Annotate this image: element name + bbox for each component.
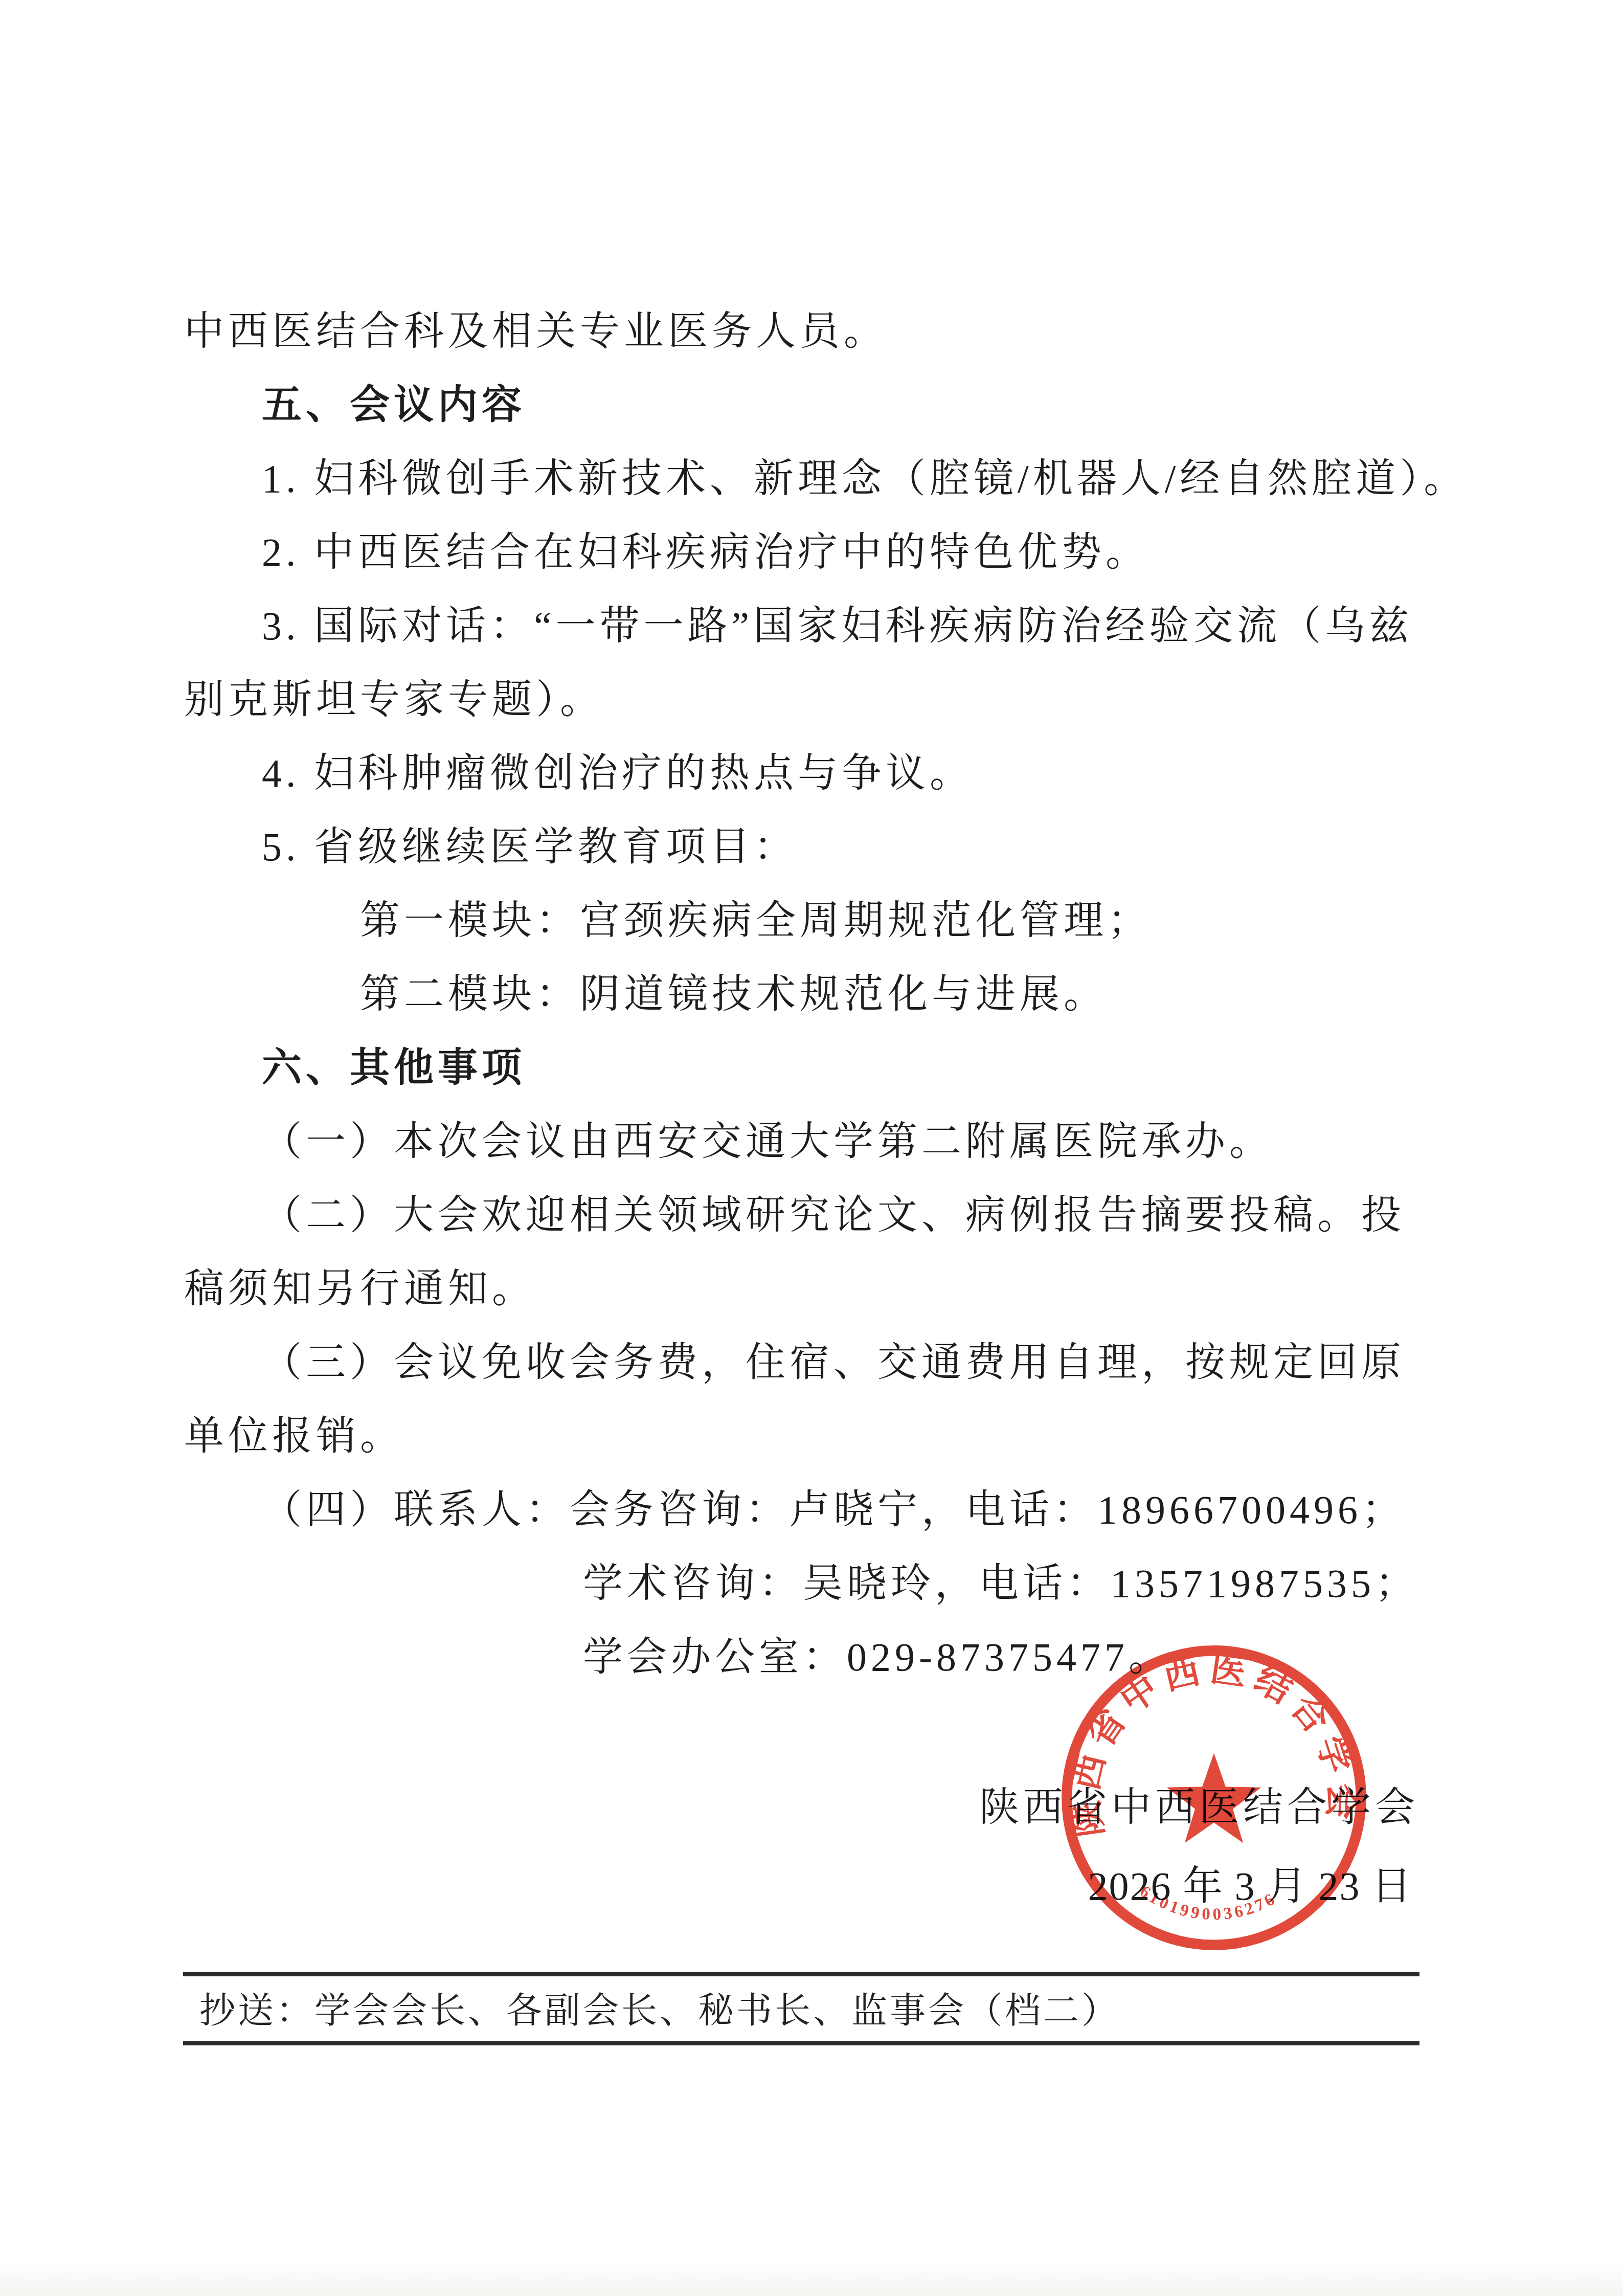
document-line: 1. 妇科微创手术新技术、新理念（腔镜/机器人/经自然腔道）。 — [184, 442, 1447, 516]
document-page: 中西医结合科及相关专业医务人员。五、会议内容1. 妇科微创手术新技术、新理念（腔… — [0, 0, 1623, 2296]
document-line: 第二模块：阴道镜技术规范化与进展。 — [184, 957, 1447, 1031]
footer-rule-bottom — [183, 2041, 1419, 2045]
scan-artifact-tint — [0, 2260, 1623, 2296]
document-line: 稿须知另行通知。 — [184, 1252, 1447, 1326]
document-line: （三）会议免收会务费，住宿、交通费用自理，按规定回原 — [184, 1326, 1447, 1399]
document-line: （四）联系人：会务咨询：卢晓宁，电话：18966700496； — [184, 1473, 1447, 1547]
signature-date: 2026 年 3 月 23 日 — [1088, 1849, 1412, 1923]
document-line: 5. 省级继续医学教育项目： — [184, 810, 1447, 884]
document-line: 4. 妇科肿瘤微创治疗的热点与争议。 — [184, 737, 1447, 810]
document-line: 六、其他事项 — [184, 1031, 1447, 1105]
document-line: 单位报销。 — [184, 1399, 1447, 1473]
document-line: （一）本次会议由西安交通大学第二附属医院承办。 — [184, 1105, 1447, 1178]
document-line: 中西医结合科及相关专业医务人员。 — [184, 295, 1447, 368]
signature-org: 陕西省中西医结合学会 — [979, 1771, 1419, 1844]
document-line: 3. 国际对话：“一带一路”国家妇科疾病防治经验交流（乌兹 — [184, 589, 1447, 663]
scanned-document-page: { "document": { "body_lines": [ { "text"… — [0, 0, 1623, 2296]
document-line: 五、会议内容 — [184, 368, 1447, 442]
document-line: 2. 中西医结合在妇科疾病治疗中的特色优势。 — [184, 516, 1447, 589]
document-body: 中西医结合科及相关专业医务人员。五、会议内容1. 妇科微创手术新技术、新理念（腔… — [184, 295, 1447, 1694]
footer-cc-line: 抄送：学会会长、各副会长、秘书长、监事会（档二） — [199, 1983, 1120, 2040]
document-line: 别克斯坦专家专题）。 — [184, 663, 1447, 737]
document-line: 第一模块：宫颈疾病全周期规范化管理； — [184, 884, 1447, 957]
footer-rule-top — [183, 1972, 1419, 1976]
document-line: 学术咨询：吴晓玲，电话：13571987535； — [184, 1547, 1447, 1620]
document-line: （二）大会欢迎相关领域研究论文、病例报告摘要投稿。投 — [184, 1178, 1447, 1252]
document-line: 学会办公室：029-87375477。 — [184, 1620, 1447, 1694]
